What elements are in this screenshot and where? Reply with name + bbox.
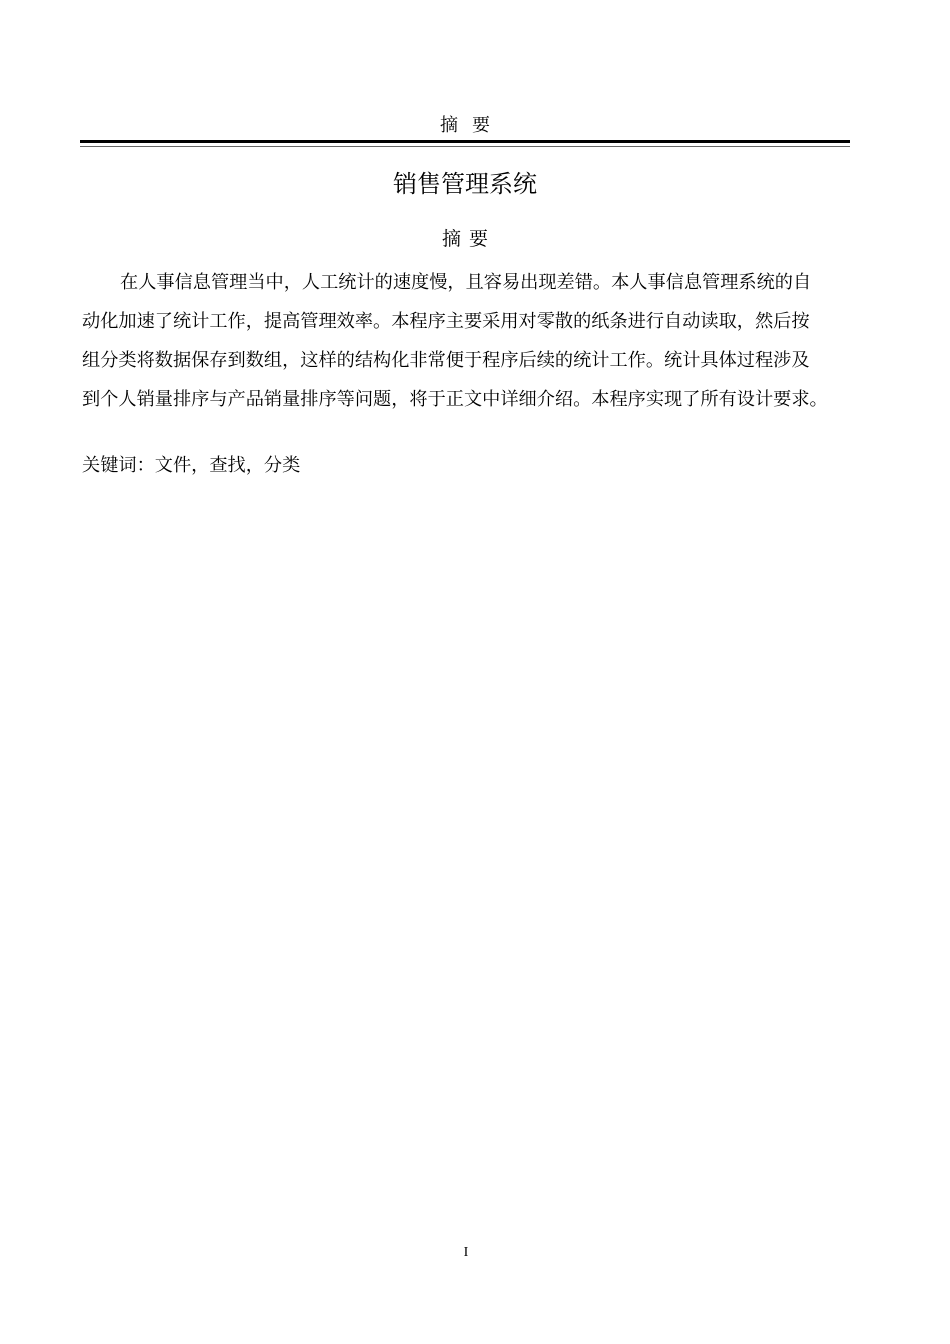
abstract-paragraph: 在人事信息管理当中，人工统计的速度慢，且容易出现差错。本人事信息管理系统的自 动… — [82, 263, 862, 419]
header-rule-thick — [80, 140, 850, 143]
document-page: 摘要 销售管理系统 摘要 在人事信息管理当中，人工统计的速度慢，且容易出现差错。… — [0, 0, 950, 1344]
abstract-heading: 摘要 — [80, 226, 850, 252]
abstract-line: 组分类将数据保存到数组，这样的结构化非常便于程序后续的统计工作。统计具体过程涉及 — [82, 341, 862, 380]
abstract-line: 在人事信息管理当中，人工统计的速度慢，且容易出现差错。本人事信息管理系统的自 — [82, 263, 862, 302]
header-rule-thin — [80, 146, 850, 147]
page-number: I — [0, 1244, 932, 1262]
keywords: 关键词：文件，查找，分类 — [82, 453, 300, 479]
abstract-line: 到个人销量排序与产品销量排序等问题，将于正文中详细介绍。本程序实现了所有设计要求… — [82, 380, 862, 419]
keywords-label: 关键词： — [82, 455, 155, 476]
running-header-title: 摘要 — [80, 114, 850, 138]
abstract-line: 动化加速了统计工作，提高管理效率。本程序主要采用对零散的纸条进行自动读取，然后按 — [82, 302, 862, 341]
document-title: 销售管理系统 — [80, 168, 850, 200]
keywords-value: 文件，查找，分类 — [155, 455, 301, 476]
